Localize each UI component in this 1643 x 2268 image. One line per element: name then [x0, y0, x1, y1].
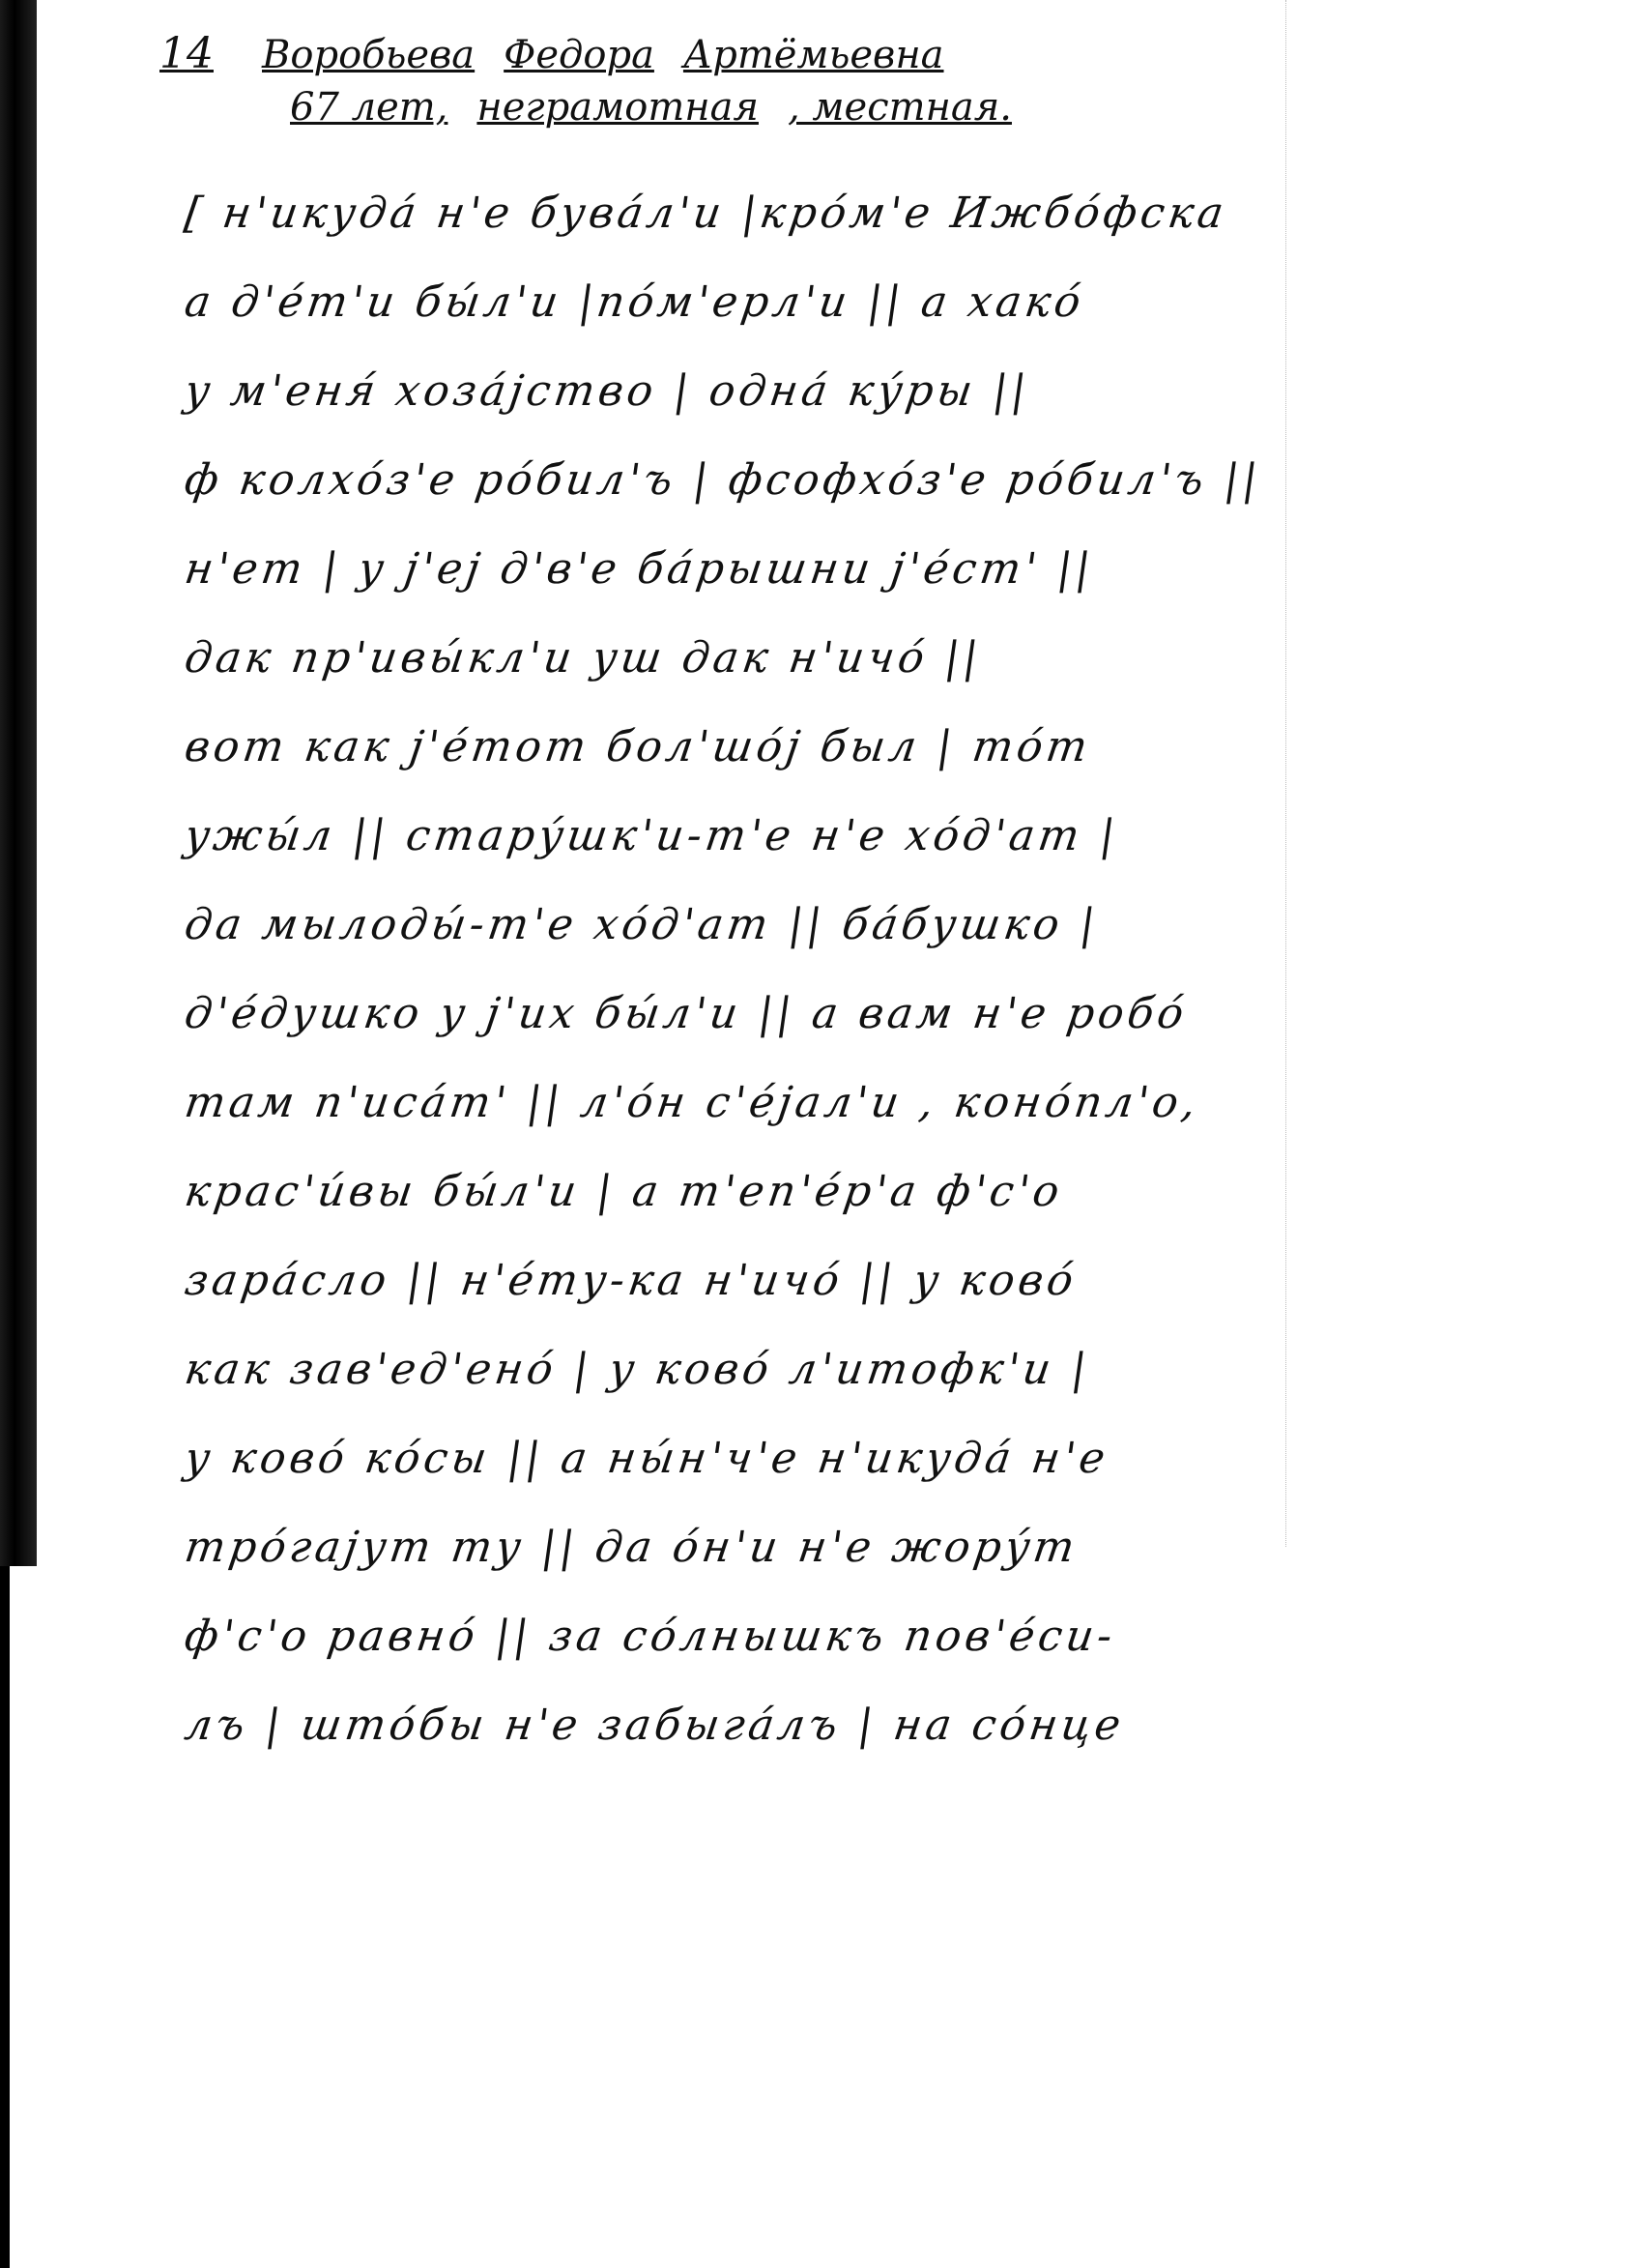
- text-line: там п'иса́т' || л'о́н с'е́јал'и , коно́п…: [179, 1059, 1312, 1148]
- header-name-row: 14 Воробьева Федора Артёмьевна: [159, 29, 1271, 85]
- text-line: н'ет | у ј'еј д'в'е ба́рышни ј'е́ст' ||: [179, 525, 1312, 614]
- text-line: а д'е́т'и бы́л'и |по́м'ерл'и || а хако́: [179, 258, 1312, 347]
- informant-patronymic: Артёмьевна: [683, 33, 944, 77]
- text-line: лъ | што́бы н'е забыга́лъ | на со́нце: [179, 1681, 1312, 1770]
- text-line: дак пр'ивы́кл'и уш дак н'ичо́ ||: [179, 614, 1312, 703]
- notebook-binding: [0, 0, 37, 1566]
- informant-origin: , местная.: [788, 85, 1012, 130]
- text-line: у м'еня́ хоза́јство | одна́ ку́ры ||: [179, 347, 1312, 436]
- text-line: крас'и́вы бы́л'и | а т'еп'е́р'а ф'с'о: [179, 1148, 1312, 1236]
- text-line: ужы́л || стару́шк'и-т'е н'е хо́д'ат |: [179, 792, 1312, 881]
- informant-literacy: неграмотная: [476, 85, 759, 130]
- transcription-body: [ н'икуда́ н'е бува́л'и |кро́м'е Ижбо́фс…: [179, 169, 1300, 1770]
- text-line: тро́гајут ту || да о́н'и н'е жору́т: [179, 1503, 1312, 1592]
- text-line: как зав'ед'ено́ | у ково́ л'итофк'и |: [179, 1325, 1312, 1414]
- text-line: [ н'икуда́ н'е бува́л'и |кро́м'е Ижбо́фс…: [179, 169, 1312, 258]
- text-line: зара́сло || н'е́ту-ка н'ичо́ || у ково́: [179, 1236, 1312, 1325]
- informant-first-name: Федора: [504, 33, 654, 77]
- header-details-row: 67 лет, неграмотная , местная.: [159, 85, 1271, 141]
- notebook-binding-edge: [0, 1566, 10, 2268]
- text-line: вот как ј'е́тот бол'шо́ј был | то́т: [179, 703, 1312, 792]
- text-line: ф колхо́з'е ро́бил'ъ | фсофхо́з'е ро́бил…: [179, 436, 1312, 525]
- text-line: у ково́ ко́сы || а ны́н'ч'е н'икуда́ н'е: [179, 1414, 1312, 1503]
- informant-age: 67 лет,: [290, 85, 447, 130]
- text-line: ф'с'о равно́ || за со́лнышкъ пов'е́си-: [179, 1592, 1312, 1681]
- informant-surname: Воробьева: [262, 33, 475, 77]
- text-line: д'е́душко у ј'их бы́л'и || а вам н'е роб…: [179, 970, 1312, 1059]
- informant-header: 14 Воробьева Федора Артёмьевна 67 лет, н…: [159, 29, 1271, 141]
- text-line: да мылоды́-т'е хо́д'ат || ба́бушко |: [179, 881, 1312, 970]
- entry-number: 14: [159, 29, 214, 78]
